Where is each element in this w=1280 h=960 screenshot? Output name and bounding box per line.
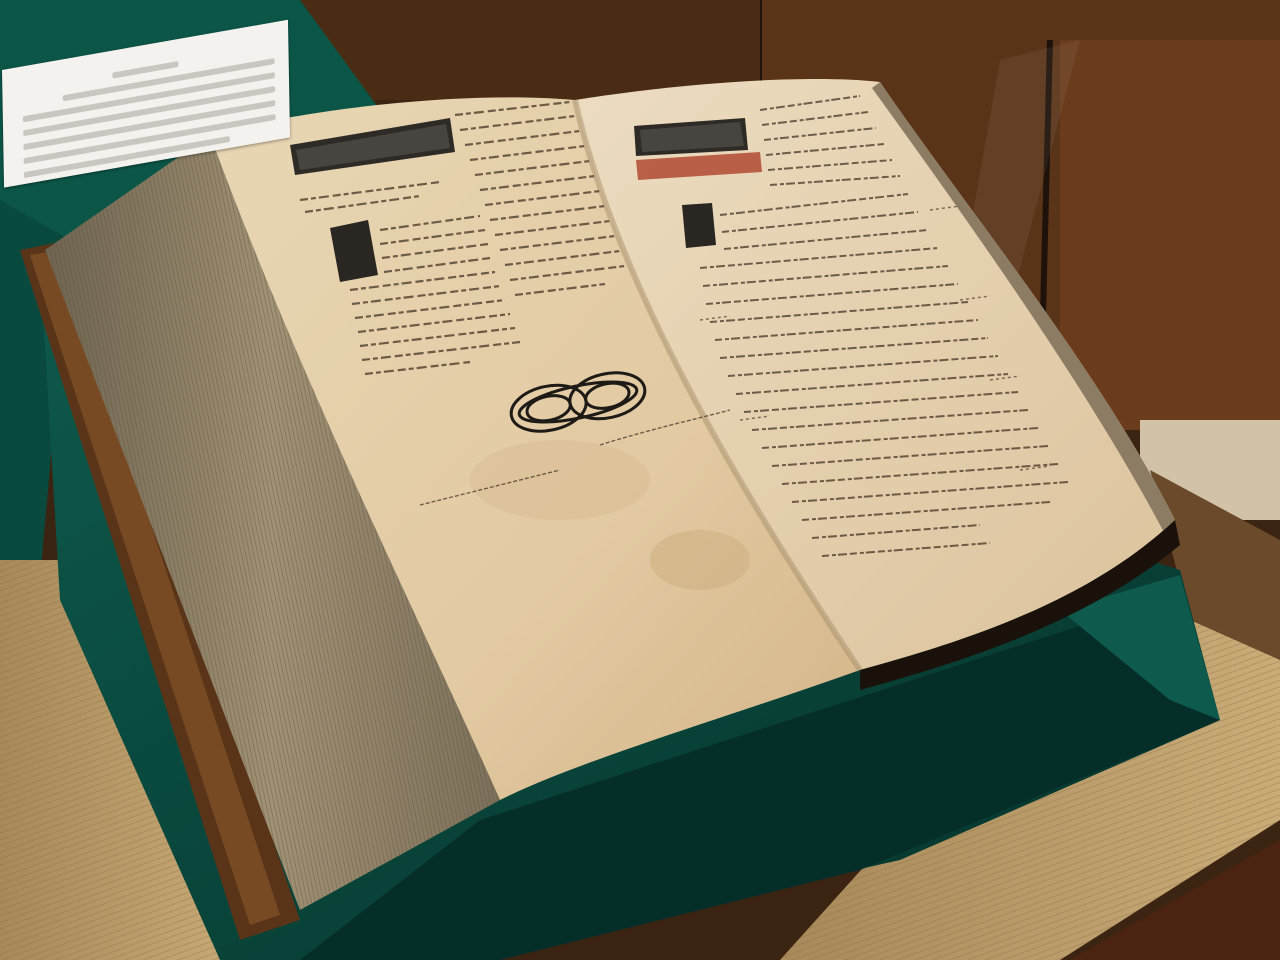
museum-photo [0,0,1280,960]
